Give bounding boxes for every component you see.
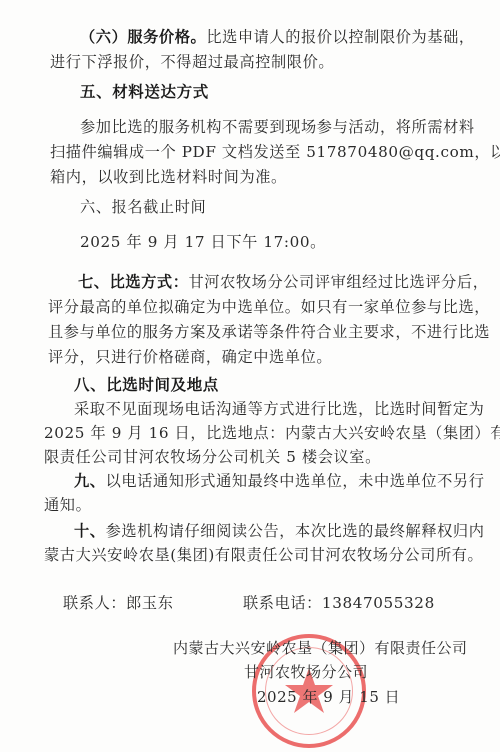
section-6-deadline: 2025 年 9 月 17 日下午 17:00。 xyxy=(80,232,326,252)
section-10-line1: 十、参选机构请仔细阅读公告，本次比选的最终解释权归内 xyxy=(74,521,484,541)
section-9-line2: 通知。 xyxy=(44,495,91,515)
signature-date: 2025 年 9 月 15 日 xyxy=(257,687,400,707)
section-8-line: 限责任公司甘河农牧场分公司机关 5 楼会议室。 xyxy=(44,447,381,467)
section-7-line: 且参与单位的服务方案及承诺等条件符合业主要求，不进行比选 xyxy=(48,322,490,342)
section-9-line1: 九、以电话通知形式通知最终中选单位，未中选单位不另行 xyxy=(74,471,484,491)
section-5-line: 参加比选的服务机构不需要到现场参与活动，将所需材料 xyxy=(80,117,475,137)
section-8-line: 2025 年 9 月 16 日，比选地点：内蒙古大兴安岭农垦（集团）有 xyxy=(44,423,500,443)
signature-org-line1: 内蒙古大兴安岭农垦（集团）有限责任公司 xyxy=(173,638,468,658)
section-7-line: 评分，只进行价格磋商，确定中选单位。 xyxy=(48,347,332,367)
document-page: （六）服务价格。比选申请人的报价以控制限价为基础， 进行下浮报价，不得超过最高控… xyxy=(0,0,500,752)
section-10-line2: 蒙古大兴安岭农垦(集团)有限责任公司甘河农牧场分公司所有。 xyxy=(44,545,483,565)
para-service-price-label: （六）服务价格。 xyxy=(80,28,206,46)
para-service-price-line1: （六）服务价格。比选申请人的报价以控制限价为基础， xyxy=(80,27,475,47)
section-7-label: 七、比选方式： xyxy=(78,273,189,291)
para-service-price-line2: 进行下浮报价，不得超过最高控制限价。 xyxy=(50,52,334,72)
section-8-line: 采取不见面现场电话沟通等方式进行比选，比选时间暂定为 xyxy=(74,399,484,419)
section-9-label: 九、 xyxy=(74,472,106,490)
section-5-line: 箱内，以收到比选材料时间为准。 xyxy=(50,167,287,187)
signature-org-line2: 甘河农牧场分公司 xyxy=(244,662,368,682)
contact-person: 联系人：郎玉东 xyxy=(63,593,174,613)
section-5-line: 扫描件编辑成一个 PDF 文档发送至 517870480@qq.com，以邮 xyxy=(50,142,500,162)
section-5-heading: 五、材料送达方式 xyxy=(80,82,209,102)
section-7-line1: 七、比选方式：甘河农牧场分公司评审组经过比选评分后， xyxy=(78,272,488,292)
section-8-heading: 八、比选时间及地点 xyxy=(74,375,219,395)
section-6-heading: 六、报名截止时间 xyxy=(80,197,206,217)
section-7-line: 评分最高的单位拟确定为中选单位。如只有一家单位参与比选， xyxy=(48,297,490,317)
contact-phone: 联系电话：13847055328 xyxy=(243,593,435,613)
section-10-label: 十、 xyxy=(74,522,106,540)
